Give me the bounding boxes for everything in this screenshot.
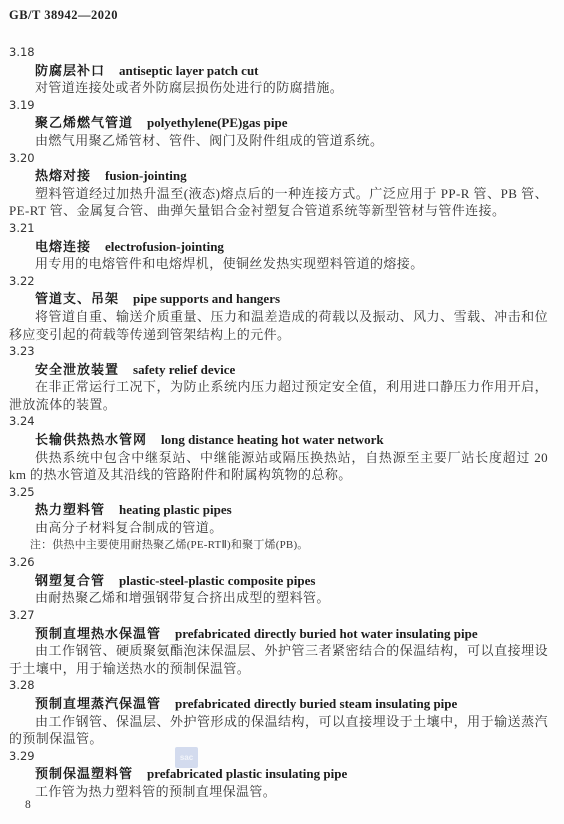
- term-entry: 3.27 预制直埋热水保温管prefabricated directly bur…: [9, 607, 548, 677]
- term-line: 热熔对接fusion-jointing: [9, 167, 548, 185]
- clause-number: 3.27: [9, 607, 548, 625]
- term-definition: 对管道连接处或者外防腐层损伤处进行的防腐措施。: [9, 79, 548, 97]
- clause-number: 3.25: [9, 484, 548, 502]
- clause-number: 3.18: [9, 44, 548, 62]
- clause-number: 3.22: [9, 273, 548, 291]
- term-entry: 3.26 钢塑复合管plastic-steel-plastic composit…: [9, 554, 548, 607]
- term-definition: 由工作钢管、硬质聚氨酯泡沫保温层、外护管三者紧密结合的保温结构，可以直接埋设于土…: [9, 642, 548, 677]
- running-header: GB/T 38942—2020: [9, 8, 548, 23]
- term-english: antiseptic layer patch cut: [119, 63, 259, 78]
- term-definition: 塑料管道经过加热升温至(液态)熔点后的一种连接方式。广泛应用于 PP-R 管、P…: [9, 185, 548, 220]
- term-line: 热力塑料管heating plastic pipes: [9, 501, 548, 519]
- term-definition: 用专用的电熔管件和电熔焊机，使铜丝发热实现塑料管道的熔接。: [9, 255, 548, 273]
- term-definition: 由高分子材料复合制成的管道。: [9, 519, 548, 537]
- term-english: polyethylene(PE)gas pipe: [147, 115, 287, 130]
- term-english: plastic-steel-plastic composite pipes: [119, 573, 315, 588]
- term-chinese: 钢塑复合管: [35, 573, 105, 588]
- term-entry: 3.20 热熔对接fusion-jointing 塑料管道经过加热升温至(液态)…: [9, 150, 548, 220]
- term-chinese: 长输供热热水管网: [35, 432, 147, 447]
- document-page: GB/T 38942—2020 3.18 防腐层补口antiseptic lay…: [0, 0, 564, 824]
- term-definition: 由耐热聚乙烯和增强钢带复合挤出成型的塑料管。: [9, 589, 548, 607]
- term-english: fusion-jointing: [105, 168, 187, 183]
- term-chinese: 聚乙烯燃气管道: [35, 115, 133, 130]
- term-english: heating plastic pipes: [119, 502, 232, 517]
- term-note: 注：供热中主要使用耐热聚乙烯(PE-RTⅡ)和聚丁烯(PB)。: [9, 537, 548, 555]
- term-definition: 供热系统中包含中继泵站、中继能源站或隔压换热站，自热源至主要厂站长度超过 20 …: [9, 449, 548, 484]
- term-definition: 将管道自重、输送介质重量、压力和温差造成的荷载以及振动、风力、雪载、冲击和位移应…: [9, 308, 548, 343]
- clause-number: 3.20: [9, 150, 548, 168]
- term-line: 预制直埋蒸汽保温管prefabricated directly buried s…: [9, 695, 548, 713]
- clause-number: 3.26: [9, 554, 548, 572]
- clause-number: 3.21: [9, 220, 548, 238]
- clause-number: 3.24: [9, 413, 548, 431]
- term-english: prefabricated directly buried steam insu…: [175, 696, 457, 711]
- term-definition: 在非正常运行工况下，为防止系统内压力超过预定安全值，利用进口静压力作用开启，泄放…: [9, 378, 548, 413]
- term-entry: 3.29 预制保温塑料管prefabricated plastic insula…: [9, 748, 548, 801]
- term-chinese: 预制直埋热水保温管: [35, 626, 161, 641]
- term-line: 电熔连接electrofusion-jointing: [9, 238, 548, 256]
- term-english: prefabricated directly buried hot water …: [175, 626, 478, 641]
- term-entry: 3.18 防腐层补口antiseptic layer patch cut 对管道…: [9, 44, 548, 97]
- term-line: 聚乙烯燃气管道polyethylene(PE)gas pipe: [9, 114, 548, 132]
- term-chinese: 预制直埋蒸汽保温管: [35, 696, 161, 711]
- term-chinese: 预制保温塑料管: [35, 766, 133, 781]
- term-chinese: 热熔对接: [35, 168, 91, 183]
- term-definition: 由燃气用聚乙烯管材、管件、阀门及附件组成的管道系统。: [9, 132, 548, 150]
- term-entry: 3.24 长输供热热水管网long distance heating hot w…: [9, 413, 548, 483]
- term-chinese: 热力塑料管: [35, 502, 105, 517]
- term-definition: 工作管为热力塑料管的预制直埋保温管。: [9, 783, 548, 801]
- term-english: pipe supports and hangers: [133, 291, 280, 306]
- term-line: 安全泄放装置safety relief device: [9, 361, 548, 379]
- term-chinese: 管道支、吊架: [35, 291, 119, 306]
- term-line: 钢塑复合管plastic-steel-plastic composite pip…: [9, 572, 548, 590]
- term-english: safety relief device: [133, 362, 235, 377]
- term-chinese: 安全泄放装置: [35, 362, 119, 377]
- term-line: 预制保温塑料管prefabricated plastic insulating …: [9, 765, 548, 783]
- clause-number: 3.19: [9, 97, 548, 115]
- term-entry: 3.21 电熔连接electrofusion-jointing 用专用的电熔管件…: [9, 220, 548, 273]
- term-entry: 3.25 热力塑料管heating plastic pipes 由高分子材料复合…: [9, 484, 548, 554]
- term-line: 管道支、吊架pipe supports and hangers: [9, 290, 548, 308]
- term-english: prefabricated plastic insulating pipe: [147, 766, 347, 781]
- term-chinese: 防腐层补口: [35, 63, 105, 78]
- page-number: 8: [25, 799, 31, 811]
- term-entry: 3.22 管道支、吊架pipe supports and hangers 将管道…: [9, 273, 548, 343]
- clause-number: 3.28: [9, 677, 548, 695]
- term-entry: 3.23 安全泄放装置safety relief device 在非正常运行工况…: [9, 343, 548, 413]
- term-entry: 3.19 聚乙烯燃气管道polyethylene(PE)gas pipe 由燃气…: [9, 97, 548, 150]
- clause-number: 3.23: [9, 343, 548, 361]
- clause-number: 3.29: [9, 748, 548, 766]
- term-english: electrofusion-jointing: [105, 239, 224, 254]
- term-chinese: 电熔连接: [35, 239, 91, 254]
- term-english: long distance heating hot water network: [161, 432, 384, 447]
- term-definition: 由工作钢管、保温层、外护管形成的保温结构，可以直接埋设于土壤中，用于输送蒸汽的预…: [9, 713, 548, 748]
- term-line: 长输供热热水管网long distance heating hot water …: [9, 431, 548, 449]
- terms-section: 3.18 防腐层补口antiseptic layer patch cut 对管道…: [9, 44, 548, 801]
- term-line: 预制直埋热水保温管prefabricated directly buried h…: [9, 625, 548, 643]
- term-entry: 3.28 预制直埋蒸汽保温管prefabricated directly bur…: [9, 677, 548, 747]
- term-line: 防腐层补口antiseptic layer patch cut: [9, 62, 548, 80]
